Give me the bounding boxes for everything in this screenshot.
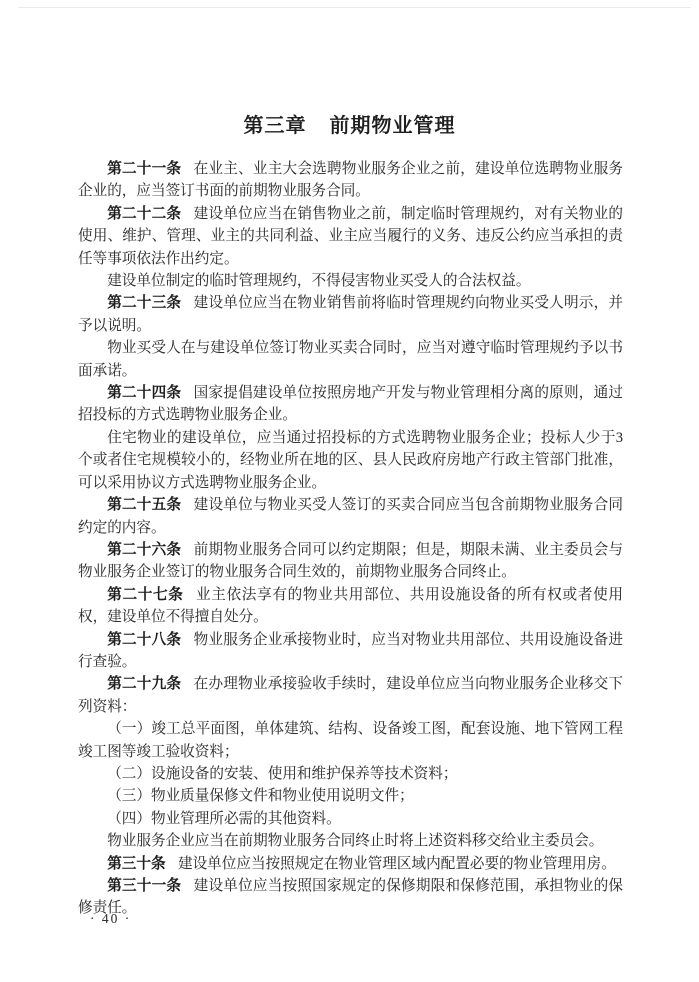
article-text: （四）物业管理所必需的其他资料。 <box>107 811 341 827</box>
paragraph: （二）设施设备的安装、使用和维护保养等技术资料； <box>78 763 623 785</box>
article-text: （三）物业质量保修文件和物业使用说明文件； <box>107 788 413 804</box>
article-number: 第二十七条 <box>107 587 183 603</box>
article-text: 物业服务企业应当在前期物业服务合同终止时将上述资料移交给业主委员会。 <box>107 833 603 849</box>
chapter-title: 第三章前期物业管理 <box>0 111 699 141</box>
article-number: 第二十三条 <box>107 295 181 311</box>
paragraph: 物业买受人在与建设单位签订物业买卖合同时，应当对遵守临时管理规约予以书面承诺。 <box>78 337 623 382</box>
page-number: · 40 · <box>90 911 131 927</box>
document-page: 第三章前期物业管理 第二十一条在业主、业主大会选聘物业服务企业之前，建设单位选聘… <box>0 0 699 982</box>
paragraph: 第二十六条前期物业服务合同可以约定期限；但是，期限未满、业主委员会与物业服务企业… <box>78 539 623 584</box>
paragraph: 第三十一条建设单位应当按照国家规定的保修期限和保修范围，承担物业的保修责任。 <box>78 875 623 920</box>
article-number: 第三十一条 <box>107 878 181 894</box>
article-text: 物业买受人在与建设单位签订物业买卖合同时，应当对遵守临时管理规约予以书面承诺。 <box>78 340 623 378</box>
article-number: 第二十八条 <box>107 632 181 648</box>
chapter-name: 前期物业管理 <box>330 115 456 137</box>
article-text: 建设单位制定的临时管理规约，不得侵害物业买受人的合法权益。 <box>107 273 530 289</box>
scan-edge-artifact <box>18 7 691 8</box>
paragraph: （一）竣工总平面图，单体建筑、结构、设备竣工图，配套设施、地下管网工程竣工图等竣… <box>78 718 623 763</box>
article-text: 建设单位应当按照规定在物业管理区域内配置必要的物业管理用房。 <box>178 856 616 872</box>
paragraph: （三）物业质量保修文件和物业使用说明文件； <box>78 785 623 807</box>
paragraph: 第二十一条在业主、业主大会选聘物业服务企业之前，建设单位选聘物业服务企业的，应当… <box>78 158 623 203</box>
paragraph: 第二十五条建设单位与物业买受人签订的买卖合同应当包含前期物业服务合同约定的内容。 <box>78 494 623 539</box>
paragraph: 第二十二条建设单位应当在销售物业之前，制定临时管理规约，对有关物业的使用、维护、… <box>78 203 623 270</box>
article-number: 第二十二条 <box>107 206 181 222</box>
article-number: 第二十六条 <box>107 542 181 558</box>
chapter-number: 第三章 <box>244 115 307 137</box>
paragraph: （四）物业管理所必需的其他资料。 <box>78 808 623 830</box>
article-number: 第三十条 <box>107 856 165 872</box>
paragraph: 建设单位制定的临时管理规约，不得侵害物业买受人的合法权益。 <box>78 270 623 292</box>
paragraph: 第三十条建设单位应当按照规定在物业管理区域内配置必要的物业管理用房。 <box>78 853 623 875</box>
paragraph: 物业服务企业应当在前期物业服务合同终止时将上述资料移交给业主委员会。 <box>78 830 623 852</box>
article-number: 第二十五条 <box>107 497 181 513</box>
paragraph: 第二十三条建设单位应当在物业销售前将临时管理规约向物业买受人明示，并予以说明。 <box>78 292 623 337</box>
document-body: 第二十一条在业主、业主大会选聘物业服务企业之前，建设单位选聘物业服务企业的，应当… <box>0 158 699 920</box>
article-number: 第二十九条 <box>107 676 181 692</box>
article-number: 第二十一条 <box>107 161 181 177</box>
paragraph: 第二十七条业主依法享有的物业共用部位、共用设施设备的所有权或者使用权，建设单位不… <box>78 584 623 629</box>
paragraph: 住宅物业的建设单位，应当通过招投标的方式选聘物业服务企业；投标人少于3个或者住宅… <box>78 427 623 494</box>
paragraph: 第二十九条在办理物业承接验收手续时，建设单位应当向物业服务企业移交下列资料： <box>78 673 623 718</box>
paragraph: 第二十八条物业服务企业承接物业时，应当对物业共用部位、共用设施设备进行查验。 <box>78 629 623 674</box>
article-text: （一）竣工总平面图，单体建筑、结构、设备竣工图，配套设施、地下管网工程竣工图等竣… <box>78 721 623 759</box>
article-number: 第二十四条 <box>107 385 181 401</box>
article-text: 住宅物业的建设单位，应当通过招投标的方式选聘物业服务企业；投标人少于3个或者住宅… <box>78 430 623 491</box>
paragraph: 第二十四条国家提倡建设单位按照房地产开发与物业管理相分离的原则，通过招投标的方式… <box>78 382 623 427</box>
article-text: （二）设施设备的安装、使用和维护保养等技术资料； <box>107 766 457 782</box>
